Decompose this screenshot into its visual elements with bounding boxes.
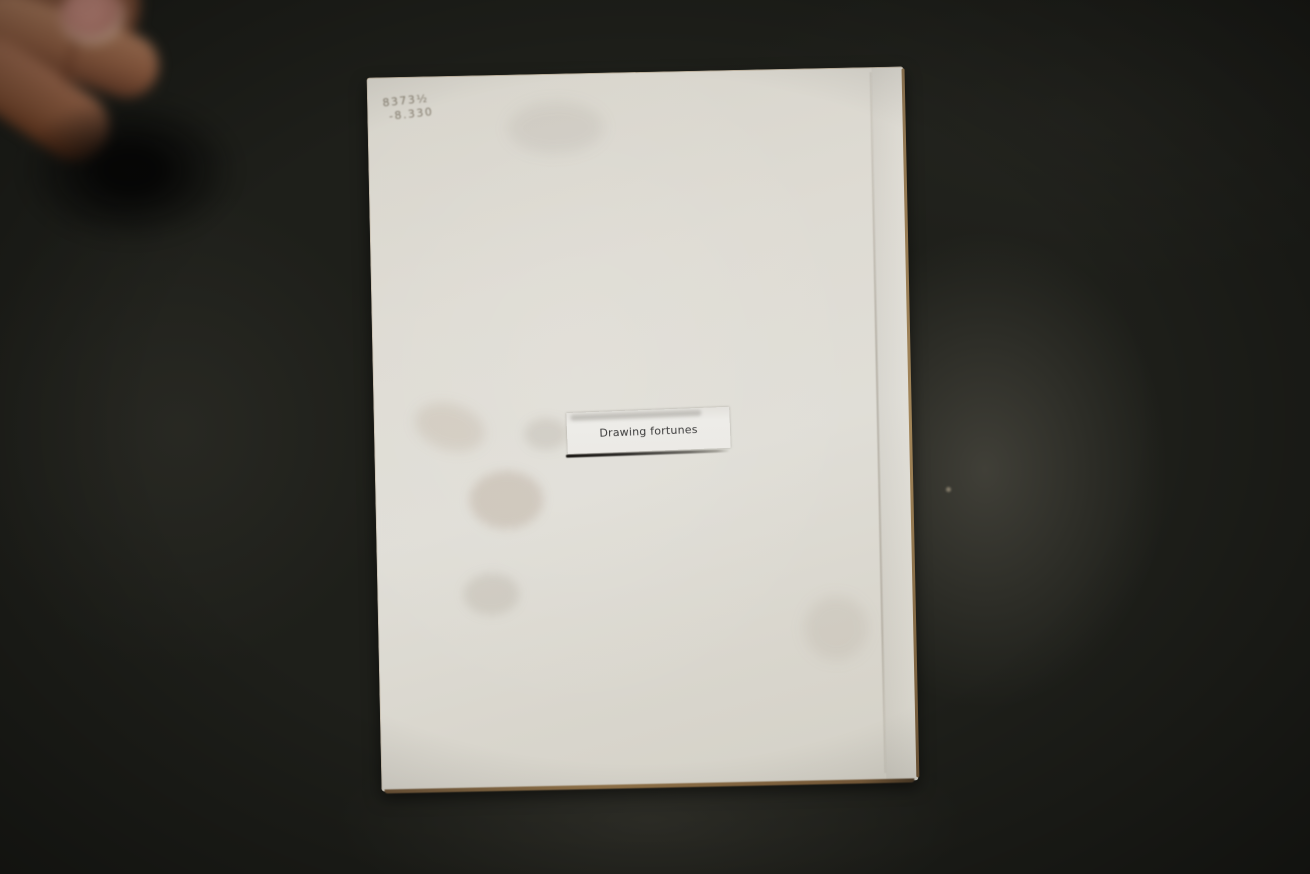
book-back-cover: 8373½ -8.330 Drawing fortunes: [367, 66, 919, 791]
hand: [0, 0, 260, 215]
page-block-edge: [384, 778, 914, 793]
photograph: 8373½ -8.330 Drawing fortunes: [0, 0, 1310, 874]
hand-shadow: [20, 95, 240, 245]
title-label-area: Drawing fortunes: [566, 407, 731, 459]
label-smear: [570, 410, 701, 421]
hand-palm: [0, 0, 158, 96]
cover-smudge: [524, 418, 569, 451]
cover-smudge: [507, 101, 604, 155]
cover-smudge: [469, 470, 544, 530]
finger-lower: [0, 25, 122, 174]
title-label-sticker: Drawing fortunes: [566, 407, 730, 454]
finger-upper: [0, 0, 167, 106]
pencil-inscription: 8373½ -8.330: [382, 91, 434, 124]
fingernail: [55, 0, 129, 47]
cover-smudge: [463, 573, 520, 616]
cover-smudge: [409, 395, 491, 460]
dust-speck: [946, 487, 951, 492]
cover-smudge: [804, 595, 869, 660]
finger-knuckle-crease: [62, 37, 77, 83]
title-label-text: Drawing fortunes: [599, 421, 698, 440]
